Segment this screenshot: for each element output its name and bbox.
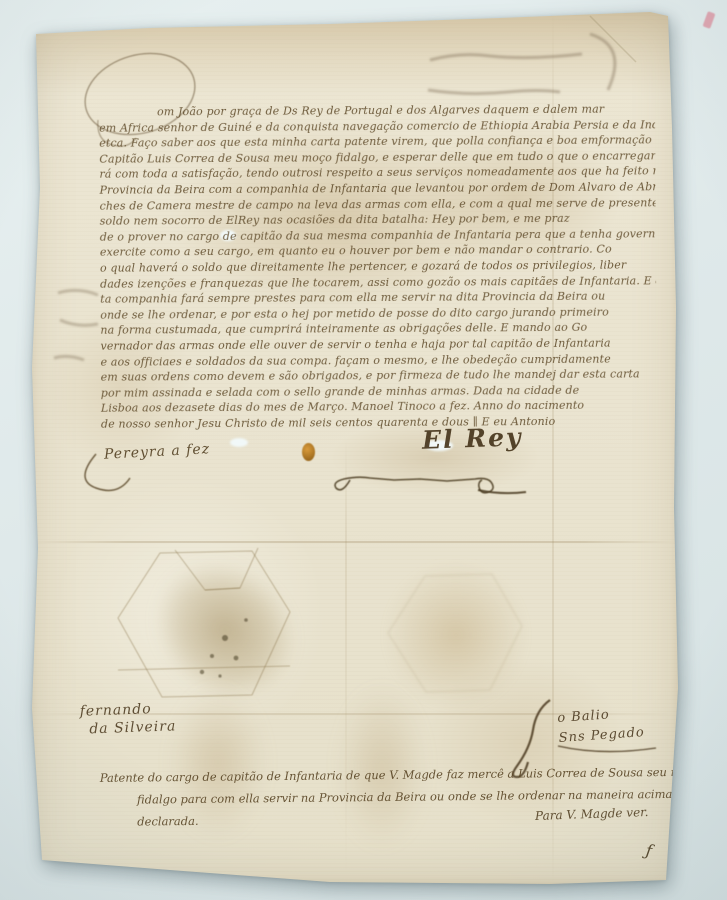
royal-signature: El Rey (422, 422, 523, 454)
manuscript-line: de nosso senhor Jesu Christo de mil seis… (101, 413, 657, 432)
royal-rubric-flourish (335, 477, 526, 493)
ink-bleedthrough-top (428, 34, 615, 94)
seal-impression-outline (388, 574, 522, 692)
paper-surface: om João por graça de Ds Rey de Portugal … (30, 8, 678, 884)
paper-seal-outline (118, 548, 290, 697)
witness-signature-line: da Silveira (80, 717, 177, 738)
photograph-of-manuscript: om João por graça de Ds Rey de Portugal … (0, 0, 727, 900)
pink-paint-fleck (703, 11, 716, 29)
corner-fold-crease (590, 16, 636, 62)
wax-droplet (302, 443, 315, 461)
scribe-signoff: Pereyra a fez (104, 441, 211, 463)
seal-speckles (200, 618, 248, 677)
corner-mark: ƒ (645, 841, 654, 861)
witness-signature: fernando da Silveira (79, 699, 176, 738)
document-sheet: om João por graça de Ds Rey de Portugal … (30, 8, 678, 884)
ink-bleedthrough-left (54, 290, 98, 360)
horizontal-fold-crease (30, 541, 678, 543)
counter-signature: o Balio Sns Pegado (557, 703, 646, 749)
manuscript-body: om João por graça de Ds Rey de Portugal … (99, 101, 657, 432)
paper-hole (230, 438, 248, 447)
seal-stain (126, 533, 323, 727)
docket-text: Patente do cargo de capitão de Infantari… (92, 761, 668, 833)
round-stain (385, 561, 527, 709)
